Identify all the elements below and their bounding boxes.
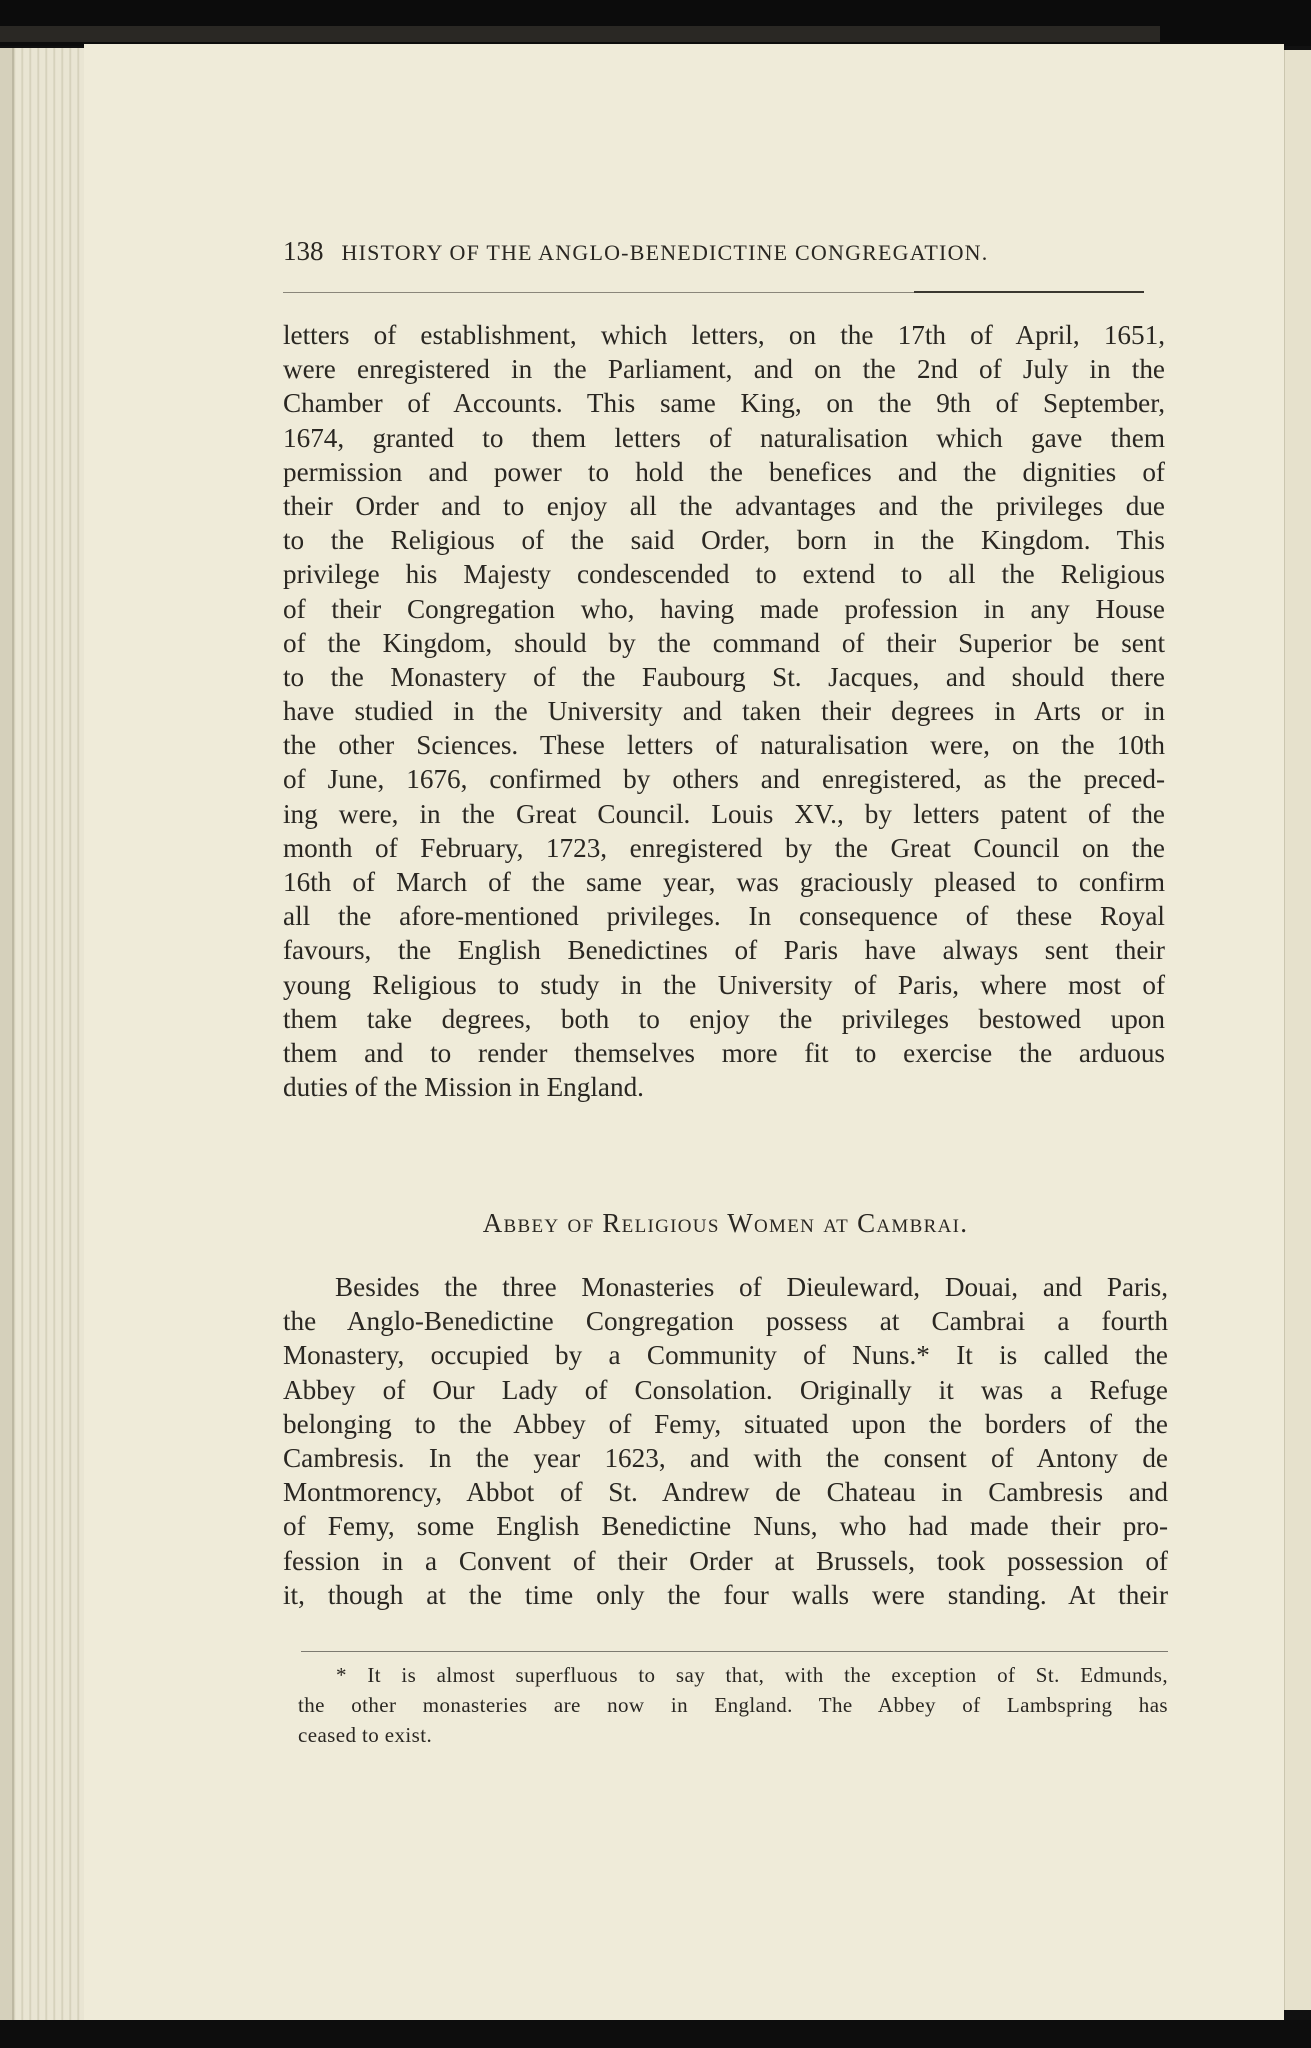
- text-line: Chamber of Accounts. This same King, on …: [283, 386, 1165, 420]
- text-line: young Religious to study in the Universi…: [283, 968, 1165, 1002]
- book-page: 138 HISTORY OF THE ANGLO-BENEDICTINE CON…: [84, 44, 1284, 2026]
- text-line: were enregistered in the Parliament, and…: [283, 352, 1165, 386]
- page-number: 138: [283, 236, 324, 267]
- text-line: privilege his Majesty condescended to ex…: [283, 557, 1165, 591]
- footnote-rule: [301, 1651, 1168, 1652]
- text-line: to the Religious of the said Order, born…: [283, 523, 1165, 557]
- text-line: the Anglo-Benedictine Congregation posse…: [283, 1304, 1168, 1338]
- footnote-line: the other monasteries are now in England…: [298, 1690, 1168, 1720]
- text-line: it, though at the time only the four wal…: [283, 1578, 1168, 1612]
- text-line: Cambresis. In the year 1623, and with th…: [283, 1441, 1168, 1475]
- paragraph-1: letters of establishment, which letters,…: [283, 318, 1165, 1104]
- text-line: permission and power to hold the benefic…: [283, 455, 1165, 489]
- text-line: 1674, granted to them letters of natural…: [283, 421, 1165, 455]
- text-line: Montmorency, Abbot of St. Andrew de Chat…: [283, 1475, 1168, 1509]
- footnote-line: * It is almost superfluous to say that, …: [298, 1660, 1168, 1690]
- text-line: of the Kingdom, should by the command of…: [283, 626, 1165, 660]
- text-line: favours, the English Benedictines of Par…: [283, 933, 1165, 967]
- book-cover-top: [0, 0, 1311, 46]
- text-line: Abbey of Our Lady of Consolation. Origin…: [283, 1373, 1168, 1407]
- page-stack-edges: [0, 48, 88, 2028]
- text-line: letters of establishment, which letters,…: [283, 318, 1165, 352]
- book-cover-bottom: [0, 2020, 1311, 2048]
- text-line: fession in a Convent of their Order at B…: [283, 1544, 1168, 1578]
- text-line: Monastery, occupied by a Community of Nu…: [283, 1338, 1168, 1372]
- facing-page-edge: [1284, 50, 1311, 2010]
- text-line: the other Sciences. These letters of nat…: [283, 728, 1165, 762]
- section-heading: Abbey of Religious Women at Cambrai.: [283, 1208, 1168, 1239]
- text-line: them take degrees, both to enjoy the pri…: [283, 1002, 1165, 1036]
- text-line: of June, 1676, confirmed by others and e…: [283, 762, 1165, 796]
- text-line: all the afore-mentioned privileges. In c…: [283, 899, 1165, 933]
- page-stack-dark-edge: [0, 48, 14, 2028]
- header-rule-thick: [914, 291, 1144, 293]
- book-binding-edge: [0, 26, 1160, 42]
- text-line: have studied in the University and taken…: [283, 694, 1165, 728]
- header-rule: [283, 292, 1144, 293]
- text-line: of Femy, some English Benedictine Nuns, …: [283, 1509, 1168, 1543]
- text-line: them and to render themselves more fit t…: [283, 1036, 1165, 1070]
- footnote: * It is almost superfluous to say that, …: [298, 1660, 1168, 1750]
- text-line: to the Monastery of the Faubourg St. Jac…: [283, 660, 1165, 694]
- footnote-line: ceased to exist.: [298, 1720, 1168, 1750]
- text-line: of their Congregation who, having made p…: [283, 592, 1165, 626]
- text-line: Besides the three Monasteries of Dieulew…: [283, 1270, 1168, 1304]
- text-line: duties of the Mission in England.: [283, 1070, 1165, 1104]
- text-line: ing were, in the Great Council. Louis XV…: [283, 797, 1165, 831]
- text-line: their Order and to enjoy all the advanta…: [283, 489, 1165, 523]
- paragraph-2: Besides the three Monasteries of Dieulew…: [283, 1270, 1168, 1612]
- text-line: 16th of March of the same year, was grac…: [283, 865, 1165, 899]
- running-head: 138 HISTORY OF THE ANGLO-BENEDICTINE CON…: [283, 236, 1168, 267]
- running-title: HISTORY OF THE ANGLO-BENEDICTINE CONGREG…: [342, 240, 989, 266]
- text-line: month of February, 1723, enregistered by…: [283, 831, 1165, 865]
- text-line: belonging to the Abbey of Femy, situated…: [283, 1407, 1168, 1441]
